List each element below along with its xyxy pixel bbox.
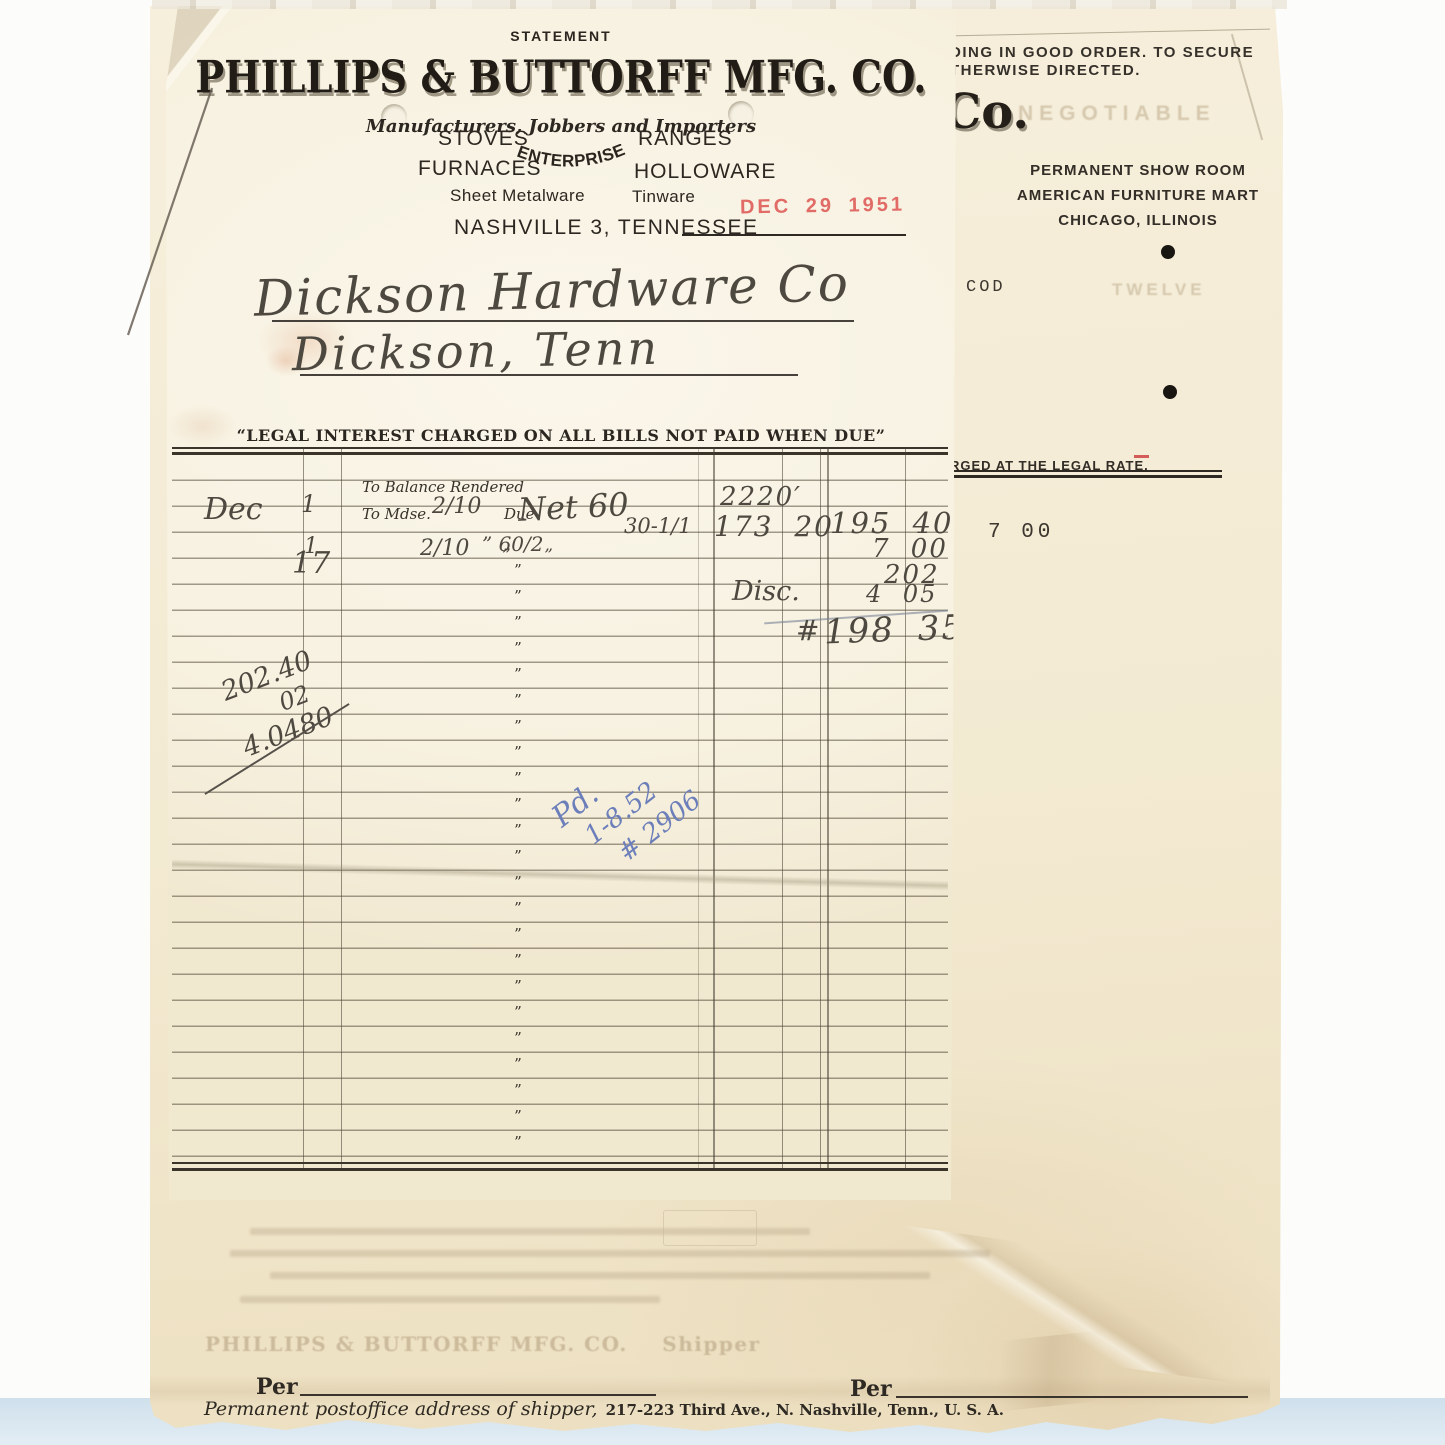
shipper-address-line: Permanent postoffice address of shipper,… bbox=[204, 1398, 1004, 1420]
entry-month: Dec bbox=[204, 492, 263, 527]
legal-interest-notice: “LEGAL INTEREST CHARGED ON ALL BILLS NOT… bbox=[166, 426, 956, 445]
showroom-line1: PERMANENT SHOW ROOM bbox=[968, 158, 1308, 183]
ghost-text-bar bbox=[230, 1250, 990, 1257]
printed-to-mdse: To Mdse. bbox=[362, 505, 431, 523]
photo-of-documents: DING IN GOOD ORDER. TO SECURE THERWISE D… bbox=[0, 0, 1445, 1445]
entry-total-prefix: # bbox=[796, 614, 819, 647]
rule bbox=[950, 470, 1222, 472]
ditto-mark: ” bbox=[510, 765, 526, 791]
ditto-mark: ” bbox=[510, 583, 526, 609]
table-top-rule bbox=[172, 447, 948, 449]
product-tinware: Tinware bbox=[632, 187, 695, 207]
ghost-shipper-line: PHILLIPS & BUTTORFF MFG. CO. Shipper bbox=[205, 1332, 761, 1356]
ghost-company-name: PHILLIPS & BUTTORFF MFG. CO. bbox=[205, 1332, 628, 1356]
svg-text:ENTERPRISE: ENTERPRISE bbox=[515, 144, 628, 171]
table-bottom-rule bbox=[172, 1168, 948, 1171]
entry-discount-label: Disc. bbox=[732, 576, 800, 607]
table-column-line bbox=[820, 447, 821, 1169]
entry-day-3: 17 bbox=[292, 546, 330, 581]
entry-day-1: 1 bbox=[301, 490, 316, 518]
enterprise-brand-text: ENTERPRISE bbox=[515, 144, 628, 171]
ghost-stamp-box bbox=[663, 1210, 757, 1246]
ditto-mark: ” bbox=[510, 739, 526, 765]
ghost-twelve-text: TWELVE bbox=[1112, 280, 1206, 300]
ditto-mark: ” bbox=[510, 1129, 526, 1155]
table-column-line bbox=[341, 447, 342, 1169]
ditto-mark: ” bbox=[510, 661, 526, 687]
showroom-line2: AMERICAN FURNITURE MART bbox=[968, 183, 1308, 208]
ditto-mark: ” bbox=[510, 947, 526, 973]
ditto-mark: ” bbox=[510, 843, 526, 869]
ghost-text-bar bbox=[270, 1272, 930, 1279]
ditto-mark: ” bbox=[510, 1103, 526, 1129]
ghost-shipper-word: Shipper bbox=[662, 1332, 760, 1356]
entry-net60: Net 60 bbox=[517, 485, 630, 529]
cod-notation: COD bbox=[966, 278, 1006, 297]
lading-terms-line2: THERWISE DIRECTED. bbox=[950, 62, 1141, 79]
ghost-text-bar bbox=[240, 1296, 660, 1303]
entry-discount-amount: 4 05 bbox=[866, 580, 937, 608]
ditto-mark: ” bbox=[510, 999, 526, 1025]
entry-balance: 2220′ bbox=[720, 482, 802, 512]
ditto-mark: ” bbox=[510, 557, 526, 583]
entry-terms-2: 2/10 bbox=[420, 536, 469, 561]
ditto-mark: ” bbox=[510, 791, 526, 817]
entry-total: 198 35 bbox=[823, 608, 965, 653]
enterprise-brand-mark: ENTERPRISE bbox=[512, 144, 630, 186]
table-column-line bbox=[827, 447, 829, 1169]
filing-hole-dot bbox=[1163, 385, 1177, 399]
ditto-mark: ” bbox=[510, 817, 526, 843]
table-column-line bbox=[713, 447, 715, 1169]
scratch-line bbox=[0, 0, 400, 400]
ditto-mark: ” bbox=[510, 1077, 526, 1103]
address-rest: 217-223 Third Ave., N. Nashville, Tenn.,… bbox=[606, 1401, 1004, 1419]
ghost-negotiable-text: NEGOTIABLE bbox=[1018, 102, 1216, 126]
date-line-rule bbox=[682, 234, 906, 236]
fold-crease bbox=[950, 29, 1270, 37]
product-holloware: HOLLOWARE bbox=[634, 160, 776, 184]
entry-mdse-amount: 173 20 bbox=[714, 510, 834, 543]
table-column-line bbox=[782, 447, 783, 1169]
entry-ref: 30-1/1 bbox=[624, 514, 692, 538]
ditto-mark: ” bbox=[510, 1025, 526, 1051]
company-logo-fragment: Co. bbox=[943, 84, 1029, 140]
table-bottom-rule bbox=[172, 1162, 948, 1164]
product-sheet-metalware: Sheet Metalware bbox=[450, 186, 585, 206]
city-line: NASHVILLE 3, TENNESSEE bbox=[454, 216, 759, 240]
ditto-mark: ” bbox=[510, 921, 526, 947]
per-label-left: Per bbox=[256, 1374, 298, 1400]
rule bbox=[950, 475, 1222, 478]
ditto-mark: ” bbox=[510, 609, 526, 635]
amount-due-typed: 7 00 bbox=[988, 521, 1054, 544]
ditto-mark: ” bbox=[510, 895, 526, 921]
filing-hole-dot bbox=[1161, 245, 1175, 259]
ditto-mark: ” bbox=[510, 635, 526, 661]
ditto-mark: ” bbox=[510, 713, 526, 739]
lading-terms-line1: DING IN GOOD ORDER. TO SECURE bbox=[950, 44, 1254, 61]
product-ranges: RANGES bbox=[638, 127, 733, 151]
ditto-mark: ” bbox=[510, 973, 526, 999]
ditto-mark: ” bbox=[510, 687, 526, 713]
ditto-column: ””””””””””””””””””””””” bbox=[510, 557, 526, 1155]
ditto-mark: ” bbox=[510, 1051, 526, 1077]
address-lead: Permanent postoffice address of shipper, bbox=[204, 1398, 598, 1420]
entry-terms-3: ” 60/2 bbox=[482, 532, 544, 556]
date-received-stamp: DEC 29 1951 bbox=[740, 194, 905, 220]
showroom-address: PERMANENT SHOW ROOM AMERICAN FURNITURE M… bbox=[968, 158, 1308, 233]
showroom-line3: CHICAGO, ILLINOIS bbox=[968, 208, 1308, 233]
entry-terms-1: 2/10 bbox=[432, 494, 481, 519]
per-signature-line-left bbox=[300, 1394, 656, 1396]
